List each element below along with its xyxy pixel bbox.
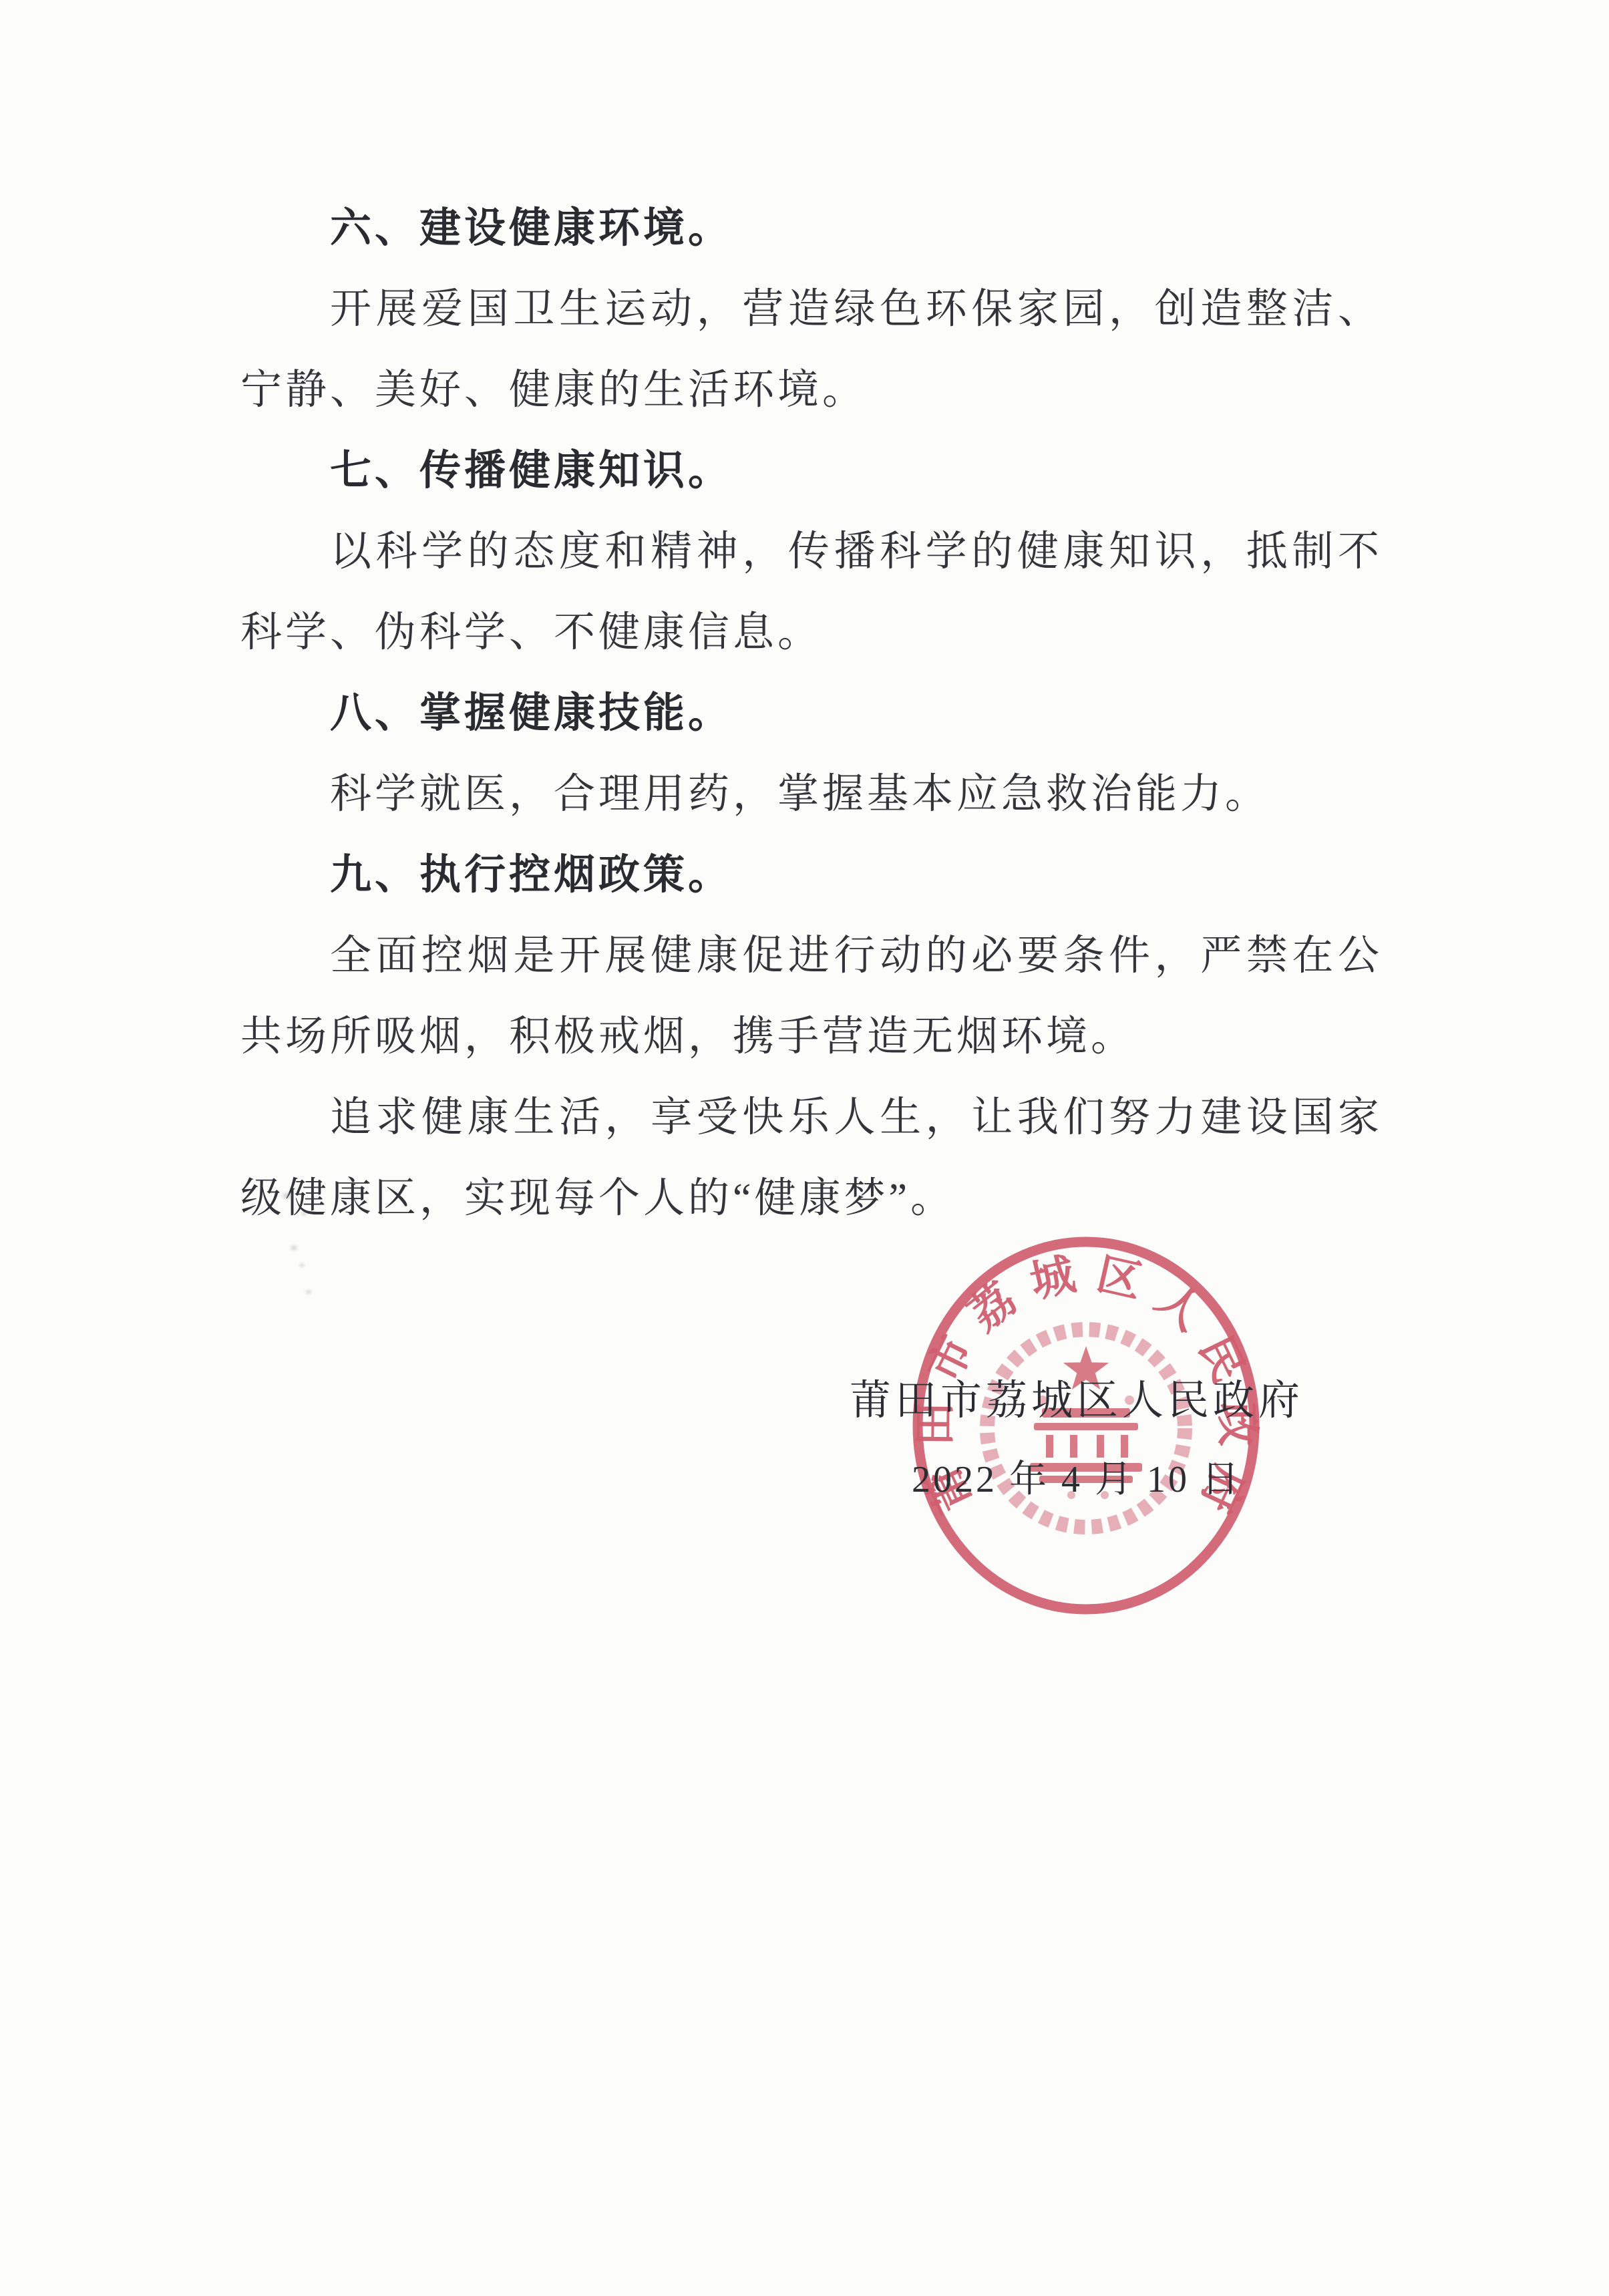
section-heading: 六、建设健康环境。 [240,188,1383,269]
signature-date: 2022 年 4 月 10 日 [903,1451,1250,1508]
svg-text:区: 区 [1093,1250,1147,1307]
section-heading: 八、掌握健康技能。 [240,673,1383,754]
body-line: 追求健康生活，享受快乐人生，让我们努力建设国家 [240,1078,1383,1158]
document-page: 六、建设健康环境。 开展爱国卫生运动，营造绿色环保家园，创造整洁、 宁静、美好、… [0,0,1609,2296]
body-line: 科学、伪科学、不健康信息。 [240,593,1383,673]
pencil-smudge [267,1184,341,1314]
body-line: 科学就医，合理用药，掌握基本应急救治能力。 [240,754,1383,835]
body-line: 宁静、美好、健康的生活环境。 [240,350,1383,431]
svg-text:荔: 荔 [960,1275,1025,1340]
body-line: 以科学的态度和精神，传播科学的健康知识，抵制不 [240,512,1383,593]
svg-text:城: 城 [1026,1250,1080,1307]
body-line: 开展爱国卫生运动，营造绿色环保家园，创造整洁、 [240,269,1383,350]
body-line: 全面控烟是开展健康促进行动的必要条件，严禁在公 [240,916,1383,997]
document-body: 六、建设健康环境。 开展爱国卫生运动，营造绿色环保家园，创造整洁、 宁静、美好、… [240,188,1383,1239]
svg-text:人: 人 [1147,1275,1212,1340]
section-heading: 七、传播健康知识。 [240,431,1383,512]
signature-name: 莆田市荔城区人民政府 [836,1371,1317,1431]
body-line: 共场所吸烟，积极戒烟，携手营造无烟环境。 [240,997,1383,1078]
body-line: 级健康区，实现每个人的“健康梦”。 [240,1158,1383,1239]
section-heading: 九、执行控烟政策。 [240,835,1383,916]
